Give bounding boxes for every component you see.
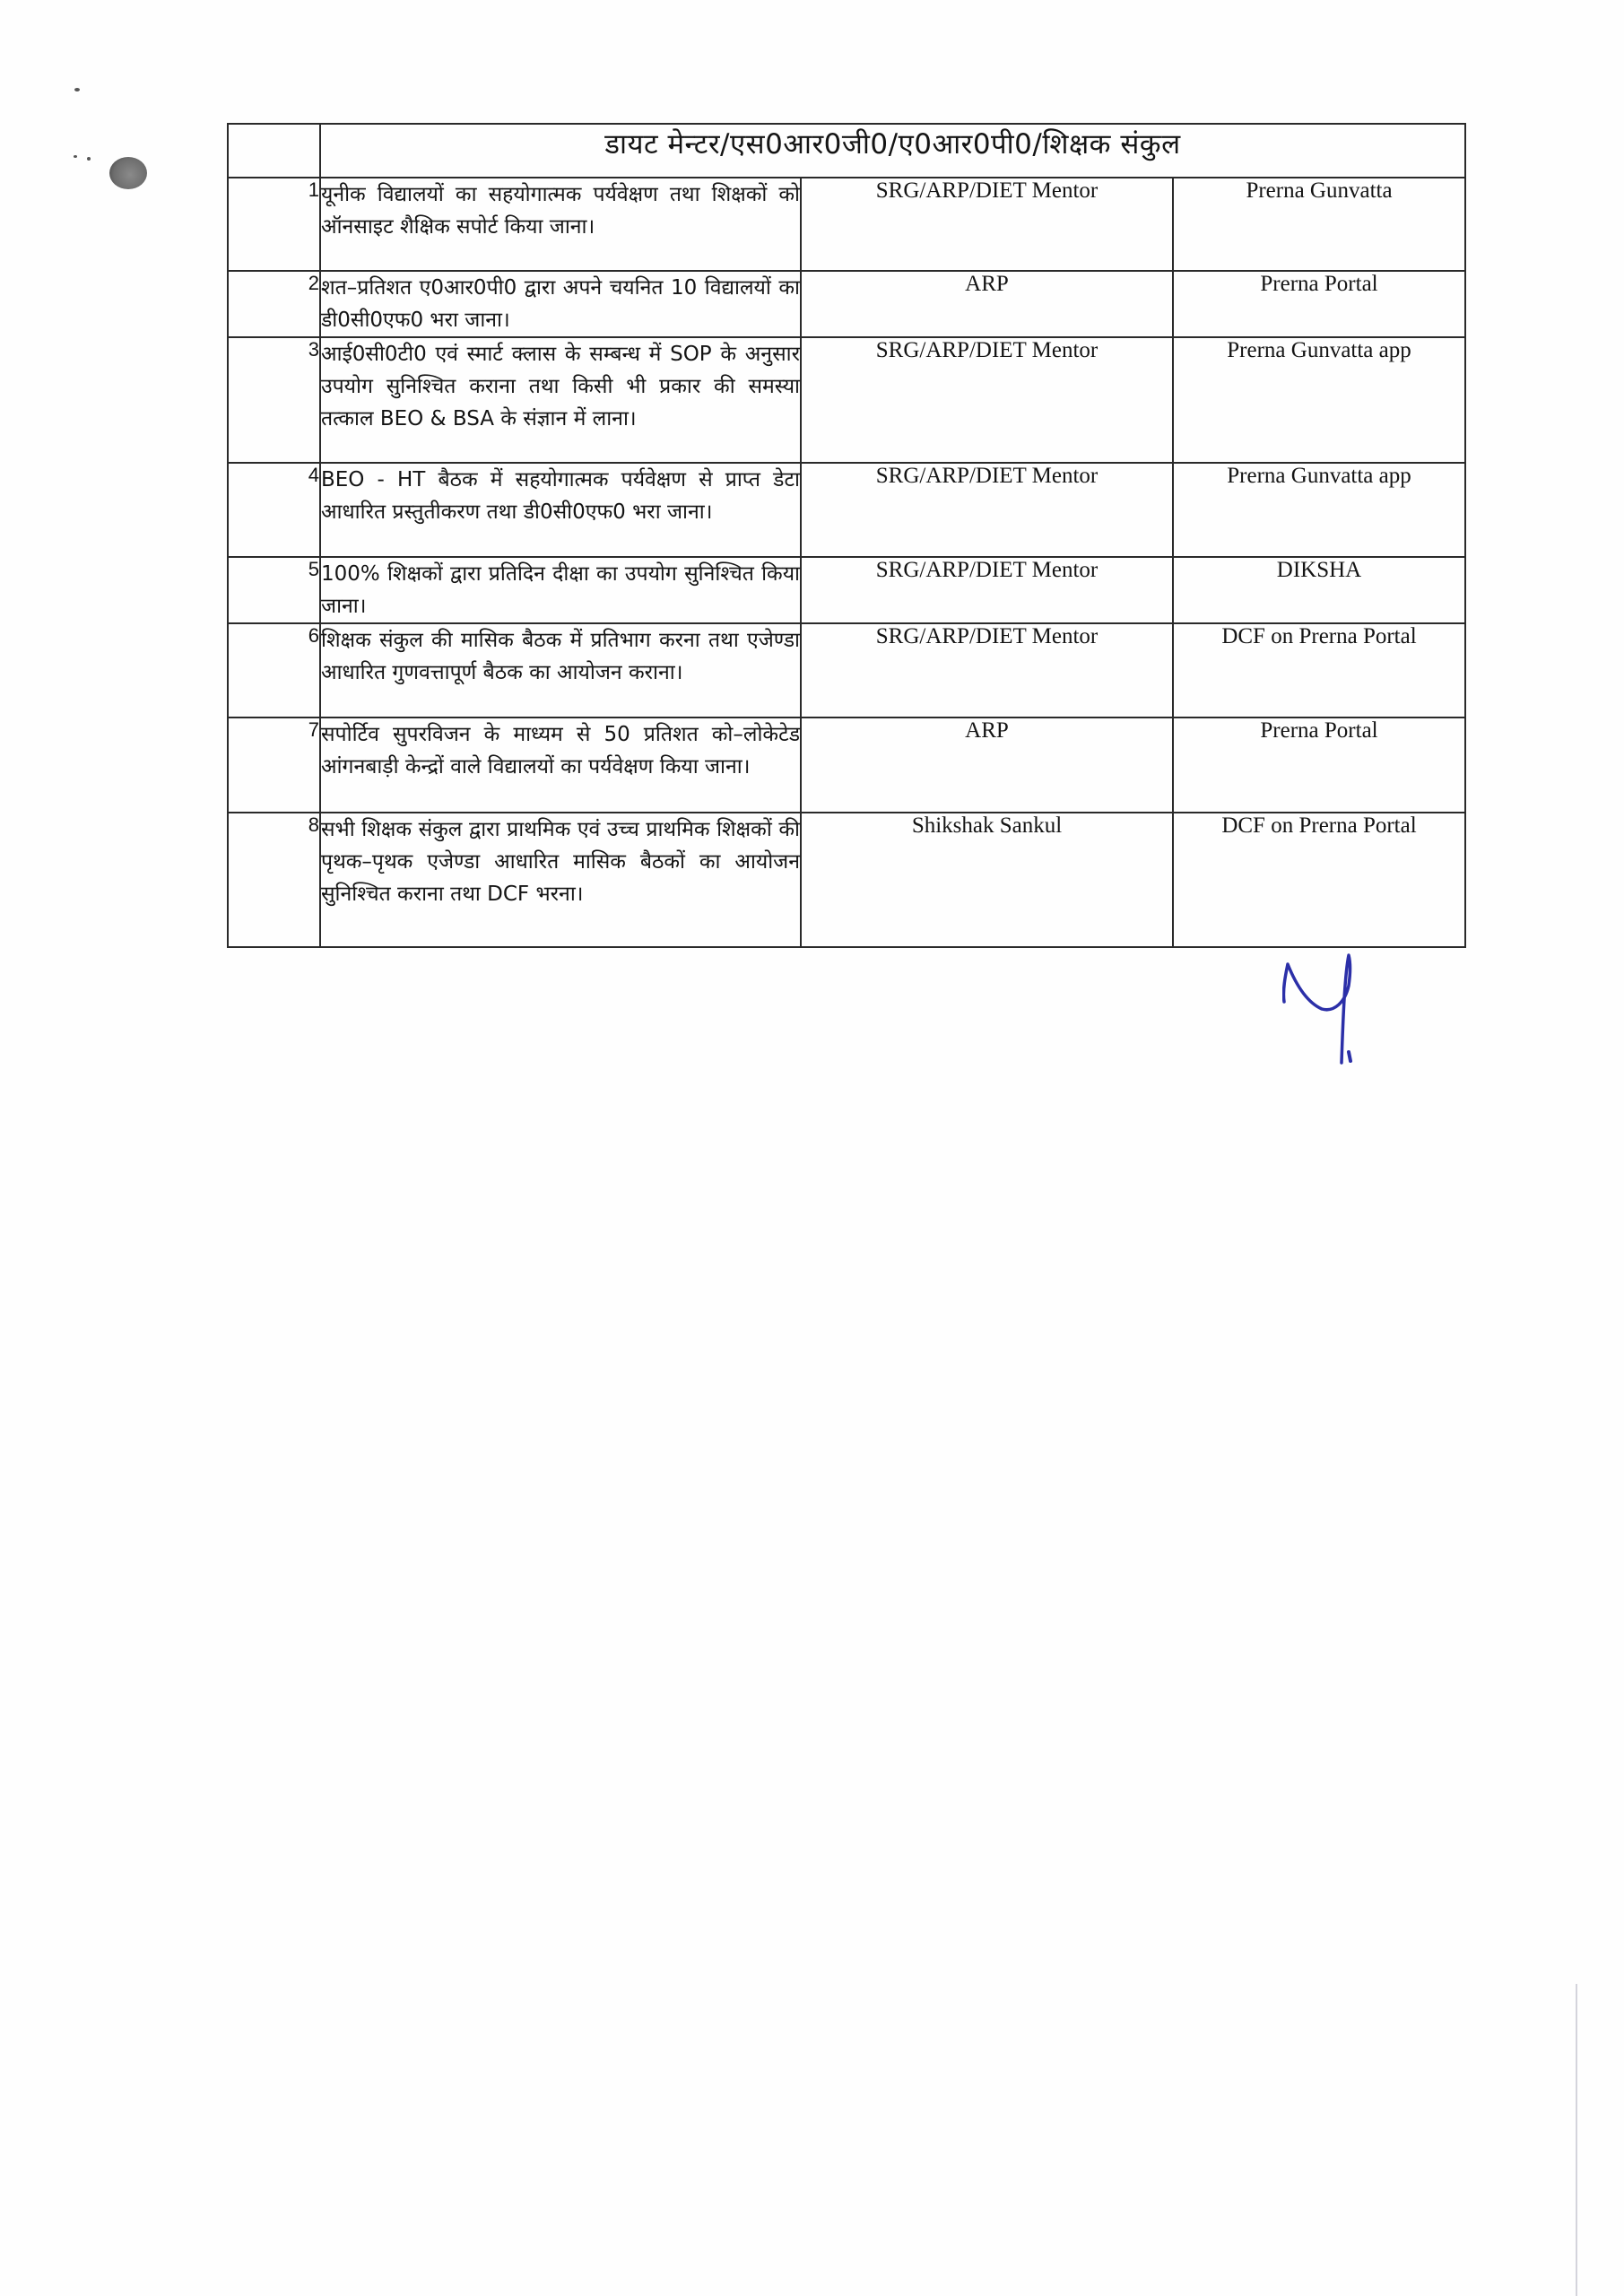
row-number: 7 <box>228 717 320 813</box>
punch-hole-mark <box>109 157 147 189</box>
header-title-cell: डायट मेन्टर/एस0आर0जी0/ए0आर0पी0/शिक्षक सं… <box>320 124 1465 178</box>
row-responsible: ARP <box>801 717 1173 813</box>
scan-edge-line <box>1576 1984 1577 2296</box>
table-row: 4 BEO - HT बैठक में सहयोगात्मक पर्यवेक्ष… <box>228 463 1465 557</box>
row-task: सपोर्टिव सुपरविजन के माध्यम से 50 प्रतिश… <box>320 717 801 813</box>
table-row: 7 सपोर्टिव सुपरविजन के माध्यम से 50 प्रत… <box>228 717 1465 813</box>
table-row: 1 यूनीक विद्यालयों का सहयोगात्मक पर्यवेक… <box>228 178 1465 271</box>
table-row: 2 शत–प्रतिशत ए0आर0पी0 द्वारा अपने चयनित … <box>228 271 1465 337</box>
table-row: 3 आई0सी0टी0 एवं स्मार्ट क्लास के सम्बन्ध… <box>228 337 1465 463</box>
row-task: यूनीक विद्यालयों का सहयोगात्मक पर्यवेक्ष… <box>320 178 801 271</box>
table-row: 8 सभी शिक्षक संकुल द्वारा प्राथमिक एवं उ… <box>228 813 1465 947</box>
row-number: 6 <box>228 623 320 717</box>
row-responsible: SRG/ARP/DIET Mentor <box>801 557 1173 623</box>
row-task: शत–प्रतिशत ए0आर0पी0 द्वारा अपने चयनित 10… <box>320 271 801 337</box>
scan-speck <box>74 155 77 158</box>
row-tool: Prerna Gunvatta app <box>1173 463 1465 557</box>
row-tool: DCF on Prerna Portal <box>1173 813 1465 947</box>
row-responsible: Shikshak Sankul <box>801 813 1173 947</box>
row-task: BEO - HT बैठक में सहयोगात्मक पर्यवेक्षण … <box>320 463 801 557</box>
row-tool: Prerna Gunvatta <box>1173 178 1465 271</box>
header-empty-cell <box>228 124 320 178</box>
row-number: 4 <box>228 463 320 557</box>
row-tool: DCF on Prerna Portal <box>1173 623 1465 717</box>
table-header-row: डायट मेन्टर/एस0आर0जी0/ए0आर0पी0/शिक्षक सं… <box>228 124 1465 178</box>
row-tool: Prerna Portal <box>1173 271 1465 337</box>
row-number: 2 <box>228 271 320 337</box>
scan-speck <box>74 88 80 91</box>
row-tool: Prerna Gunvatta app <box>1173 337 1465 463</box>
scan-speck <box>87 157 91 161</box>
row-task: सभी शिक्षक संकुल द्वारा प्राथमिक एवं उच्… <box>320 813 801 947</box>
row-tool: DIKSHA <box>1173 557 1465 623</box>
responsibility-table: डायट मेन्टर/एस0आर0जी0/ए0आर0पी0/शिक्षक सं… <box>227 123 1466 948</box>
row-responsible: SRG/ARP/DIET Mentor <box>801 623 1173 717</box>
row-number: 3 <box>228 337 320 463</box>
row-number: 1 <box>228 178 320 271</box>
row-number: 8 <box>228 813 320 947</box>
row-tool: Prerna Portal <box>1173 717 1465 813</box>
row-responsible: ARP <box>801 271 1173 337</box>
handwritten-signature-icon <box>1282 946 1372 1081</box>
row-task: शिक्षक संकुल की मासिक बैठक में प्रतिभाग … <box>320 623 801 717</box>
row-number: 5 <box>228 557 320 623</box>
row-responsible: SRG/ARP/DIET Mentor <box>801 463 1173 557</box>
row-responsible: SRG/ARP/DIET Mentor <box>801 337 1173 463</box>
row-responsible: SRG/ARP/DIET Mentor <box>801 178 1173 271</box>
table-row: 6 शिक्षक संकुल की मासिक बैठक में प्रतिभा… <box>228 623 1465 717</box>
table-row: 5 100% शिक्षकों द्वारा प्रतिदिन दीक्षा क… <box>228 557 1465 623</box>
row-task: 100% शिक्षकों द्वारा प्रतिदिन दीक्षा का … <box>320 557 801 623</box>
row-task: आई0सी0टी0 एवं स्मार्ट क्लास के सम्बन्ध म… <box>320 337 801 463</box>
